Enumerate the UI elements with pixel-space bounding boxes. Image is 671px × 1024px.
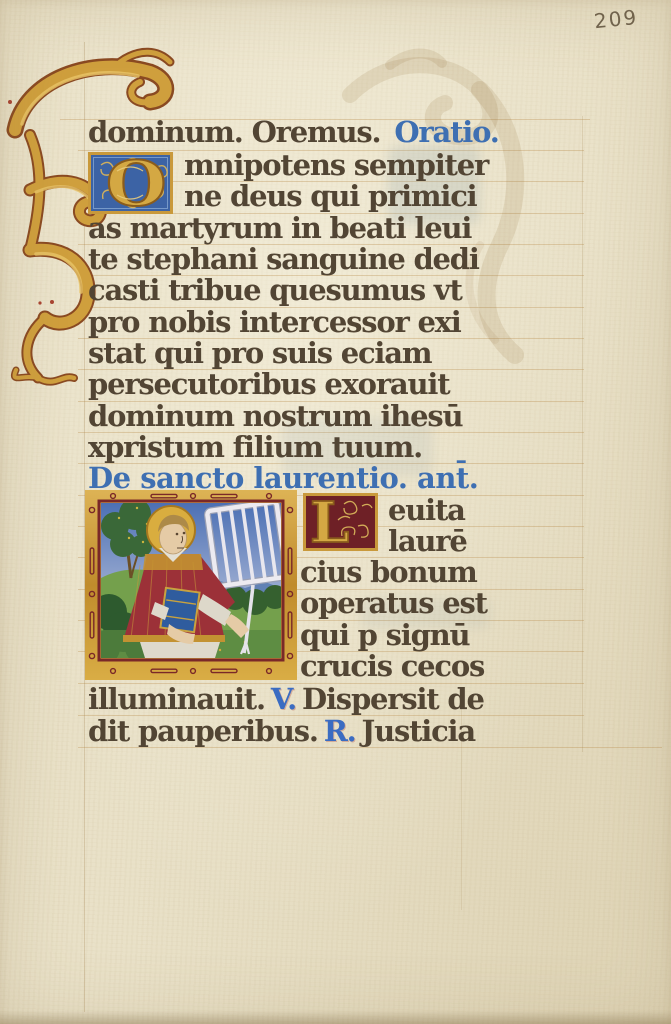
prayer-line: dominum nostrum ihesū xyxy=(88,401,462,432)
prayer-line: te stephani sanguine dedi xyxy=(88,244,479,275)
illuminated-initial-o: O xyxy=(87,151,189,215)
prayer-line: as martyrum in beati leui xyxy=(88,213,471,244)
illuminated-initial-l: L xyxy=(302,492,382,554)
prayer-line: pro nobis intercessor exi xyxy=(88,307,461,338)
response-mark: R. xyxy=(324,714,356,748)
heading-black-text: dominum. Oremus. xyxy=(88,115,380,149)
antiphon-line: crucis cecos xyxy=(300,651,484,682)
antiphon-line: cius bonum xyxy=(300,557,477,588)
saint-lawrence-miniature xyxy=(85,490,297,680)
prayer-line: mnipotens sempiter xyxy=(184,150,488,181)
antiphon-line: qui p signū xyxy=(300,620,469,651)
manuscript-page: 209 dominum. Oremus.Oratio. O mnipotens … xyxy=(0,0,671,1024)
versicle-mark: V. xyxy=(271,682,296,716)
antiphon-response-line: dit pauperibus.R.Justicia xyxy=(88,716,475,747)
prayer-line: persecutoribus exorauit xyxy=(88,369,449,400)
prayer-line: casti tribue quesumus vt xyxy=(88,275,462,306)
antiphon-line: operatus est xyxy=(300,588,487,619)
prayer-line: ne deus qui primici xyxy=(184,181,477,212)
response-pre-text: dit pauperibus. xyxy=(88,714,318,748)
right-margin-rule xyxy=(582,116,583,752)
prayer-line: xpristum filium tuum. xyxy=(88,432,422,463)
response-post-text: Justicia xyxy=(362,714,475,748)
folio-number: 209 xyxy=(593,5,639,33)
antiphon-line: laurē xyxy=(388,526,467,557)
initial-l-letter: L xyxy=(310,492,349,554)
initial-o-letter: O xyxy=(106,151,166,215)
antiphon-line: euita xyxy=(388,495,465,526)
antiphon-versicle-line: illuminauit.V.Dispersit de xyxy=(88,684,484,715)
versicle-post-text: Dispersit de xyxy=(302,682,484,716)
versicle-pre-text: illuminauit. xyxy=(88,682,265,716)
heading-rubric-oratio: Oratio. xyxy=(394,115,498,149)
prayer-line: stat qui pro suis eciam xyxy=(88,338,431,369)
heading-line: dominum. Oremus.Oratio. xyxy=(88,117,499,148)
